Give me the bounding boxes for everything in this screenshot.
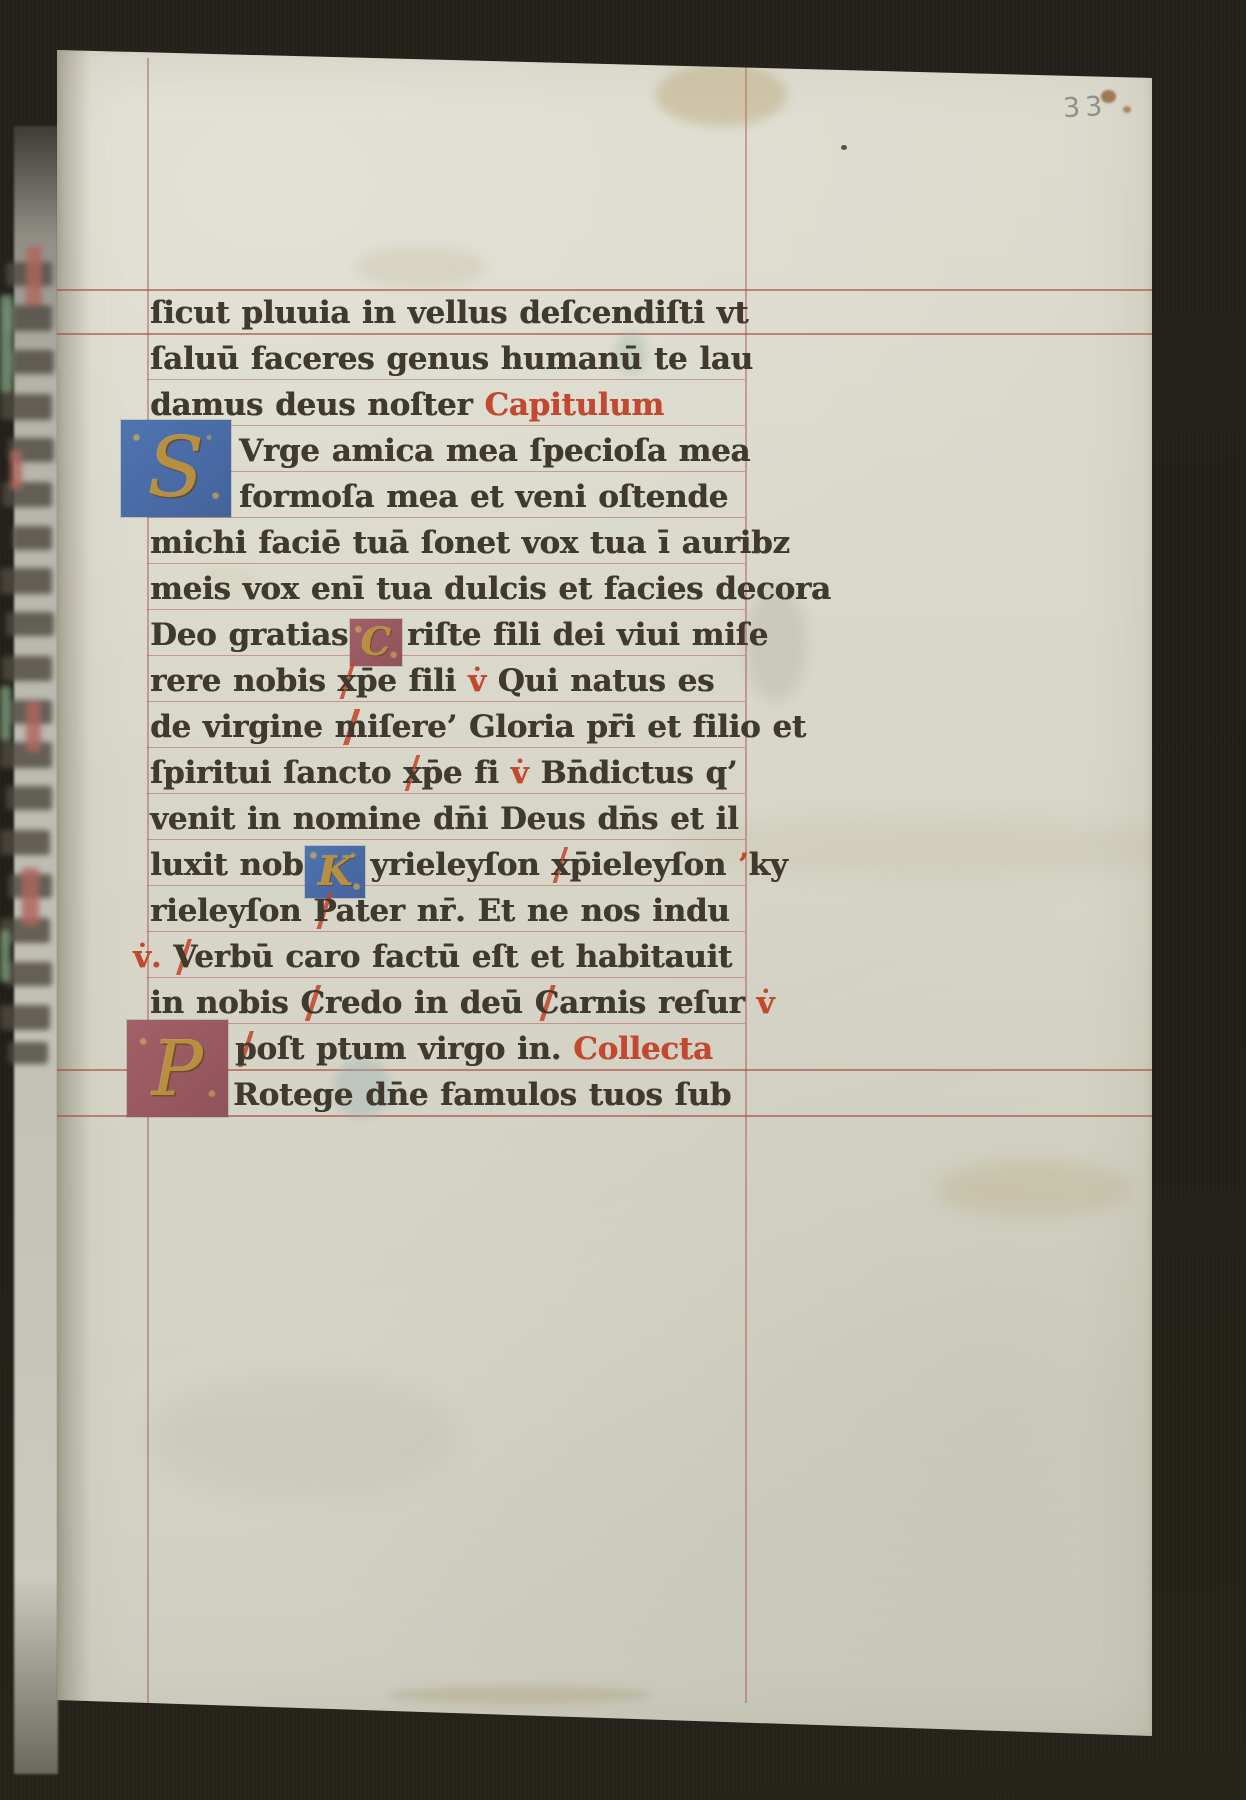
text-segment: x [551,847,569,883]
text-segment: riſte fili dei viui miſe [407,617,768,653]
gutter-shadow [57,48,91,1738]
text-line: Vrge amica mea ſpecioſa mea [239,429,750,475]
text-line: poſt ptum virgo in. Collecta [235,1027,713,1073]
text-line: rere nobis xp̄e fili v̇ Qui natus es [150,659,714,705]
text-segment: iſere’ Gloria pr̄i et filio et [367,709,806,745]
ghost-text-of-underlying-page [0,0,60,1800]
text-segment: venit in nomine dn̄i Deus dn̄s et il [150,801,738,837]
text-segment: C [535,985,559,1021]
text-segment: ſicut pluuia in vellus deſcendiſti vt [150,295,748,331]
text-segment: luxit nob [150,847,303,883]
text-segment: rere nobis [150,663,338,699]
text-segment: arnis reſur [559,985,756,1021]
text-segment: p̄ieleyſon [569,847,738,883]
folio-number: 33 [1062,91,1108,124]
ghost-mark [0,568,52,594]
text-segment: damus deus noſter [150,387,484,423]
text-segment: x [403,755,421,791]
text-segment: p̄e fili [356,663,468,699]
text-line: ſpiritui ſancto xp̄e fi v̇ Bn̄dictus q’ [150,751,737,797]
ghost-mark [12,526,52,550]
text-segment: Vrge amica mea ſpecioſa mea [239,433,750,469]
text-line: de virgine miſere’ Gloria pr̄i et filio … [150,705,806,751]
ghost-mark [26,246,42,306]
text-segment: michi faciē tuā ſonet vox tua ī auribz [150,525,790,561]
text-line: in nobis Credo in deū Carnis reſur v̇ [150,981,774,1027]
text-segment: ſaluū faceres genus humanū te lau [150,341,753,377]
versicle-mark: v̇ [468,663,486,699]
ghost-mark [6,612,54,636]
text-segment: p̄e fi [421,755,510,791]
text-line: ſaluū faceres genus humanū te lau [150,337,753,383]
text-segment: ky [749,847,788,883]
text-line: luxit nobKyrieleyſon xp̄ieleyſon ’ky [150,843,787,889]
manuscript-page: ſicut pluuia in vellus deſcendiſti vtſal… [57,48,1152,1738]
text-segment: rieleyſon [150,893,313,929]
text-line: rieleyſon Pater nr̄. Et ne nos indu [150,889,730,935]
text-line: venit in nomine dn̄i Deus dn̄s et il [150,797,738,843]
text-line: michi faciē tuā ſonet vox tua ī auribz [150,521,790,567]
versicle-mark: ’ [738,847,749,883]
ghost-mark [0,394,52,420]
text-segment: in nobis [150,985,300,1021]
ghost-mark [10,450,22,490]
ghost-mark [0,295,13,393]
text-segment: oſt ptum virgo in. [256,1031,573,1067]
text-segment: P [313,893,335,929]
text-segment: V [173,939,194,975]
ghost-mark [8,1042,48,1064]
rubric-text: Collecta [573,1031,713,1067]
text-line: Rotege dn̄e famulos tuos ſub [233,1073,731,1119]
stain [147,1374,457,1499]
versicle-mark: v̇ [511,755,529,791]
text-segment: formoſa mea et veni oſtende [239,479,728,515]
text-segment: redo in deū [325,985,535,1021]
ghost-mark [26,702,41,752]
text-segment: de virgine [150,709,335,745]
decorated-initial-P: P [127,1020,228,1117]
text-segment: ſpiritui ſancto [150,755,403,791]
text-line: Deo gratiasCriſte fili dei viui miſe [150,613,768,659]
ghost-mark [10,350,54,374]
text-line: formoſa mea et veni oſtende [239,475,728,521]
ghost-mark [0,930,10,982]
stain [935,1160,1130,1218]
stain [355,246,485,288]
ruling-line-vertical [147,58,149,1703]
ghost-mark [6,962,52,986]
ghost-mark [0,1005,50,1030]
text-segment: ater nr̄. Et ne nos indu [335,893,729,929]
text-segment: Bn̄dictus q’ [528,755,737,791]
text-segment: p [235,1031,256,1067]
ghost-mark [22,868,39,926]
stain [655,64,787,126]
text-segment: meis vox enī tua dulcis et facies decora [150,571,831,607]
text-line: v̇. Verbū caro factū eſt et habitauit [133,935,732,981]
text-segment: Deo gratias [150,617,348,653]
rubric-text: Capitulum [484,387,664,423]
text-line: meis vox enī tua dulcis et facies decora [150,567,831,613]
text-segment: x [338,663,356,699]
ghost-mark [2,656,52,681]
ghost-mark [0,686,11,741]
ghost-mark [6,786,52,810]
text-line: ſicut pluuia in vellus deſcendiſti vt [150,291,748,337]
stain [841,145,847,150]
text-segment [161,939,173,975]
stain [387,1686,652,1704]
versicle-mark: v̇. [133,939,161,975]
text-segment: Qui natus es [486,663,714,699]
text-segment: C [300,985,324,1021]
stain [1123,106,1131,113]
text-segment: Rotege dn̄e famulos tuos ſub [233,1077,731,1113]
decorated-initial-S: S [121,420,231,517]
text-segment: erbū caro factū eſt et habitauit [194,939,732,975]
photo-background: ſicut pluuia in vellus deſcendiſti vtſal… [0,0,1246,1800]
text-segment: yrieleyſon [370,847,551,883]
text-segment: m [335,709,368,745]
versicle-mark: v̇ [756,985,774,1021]
ghost-mark [0,830,50,855]
